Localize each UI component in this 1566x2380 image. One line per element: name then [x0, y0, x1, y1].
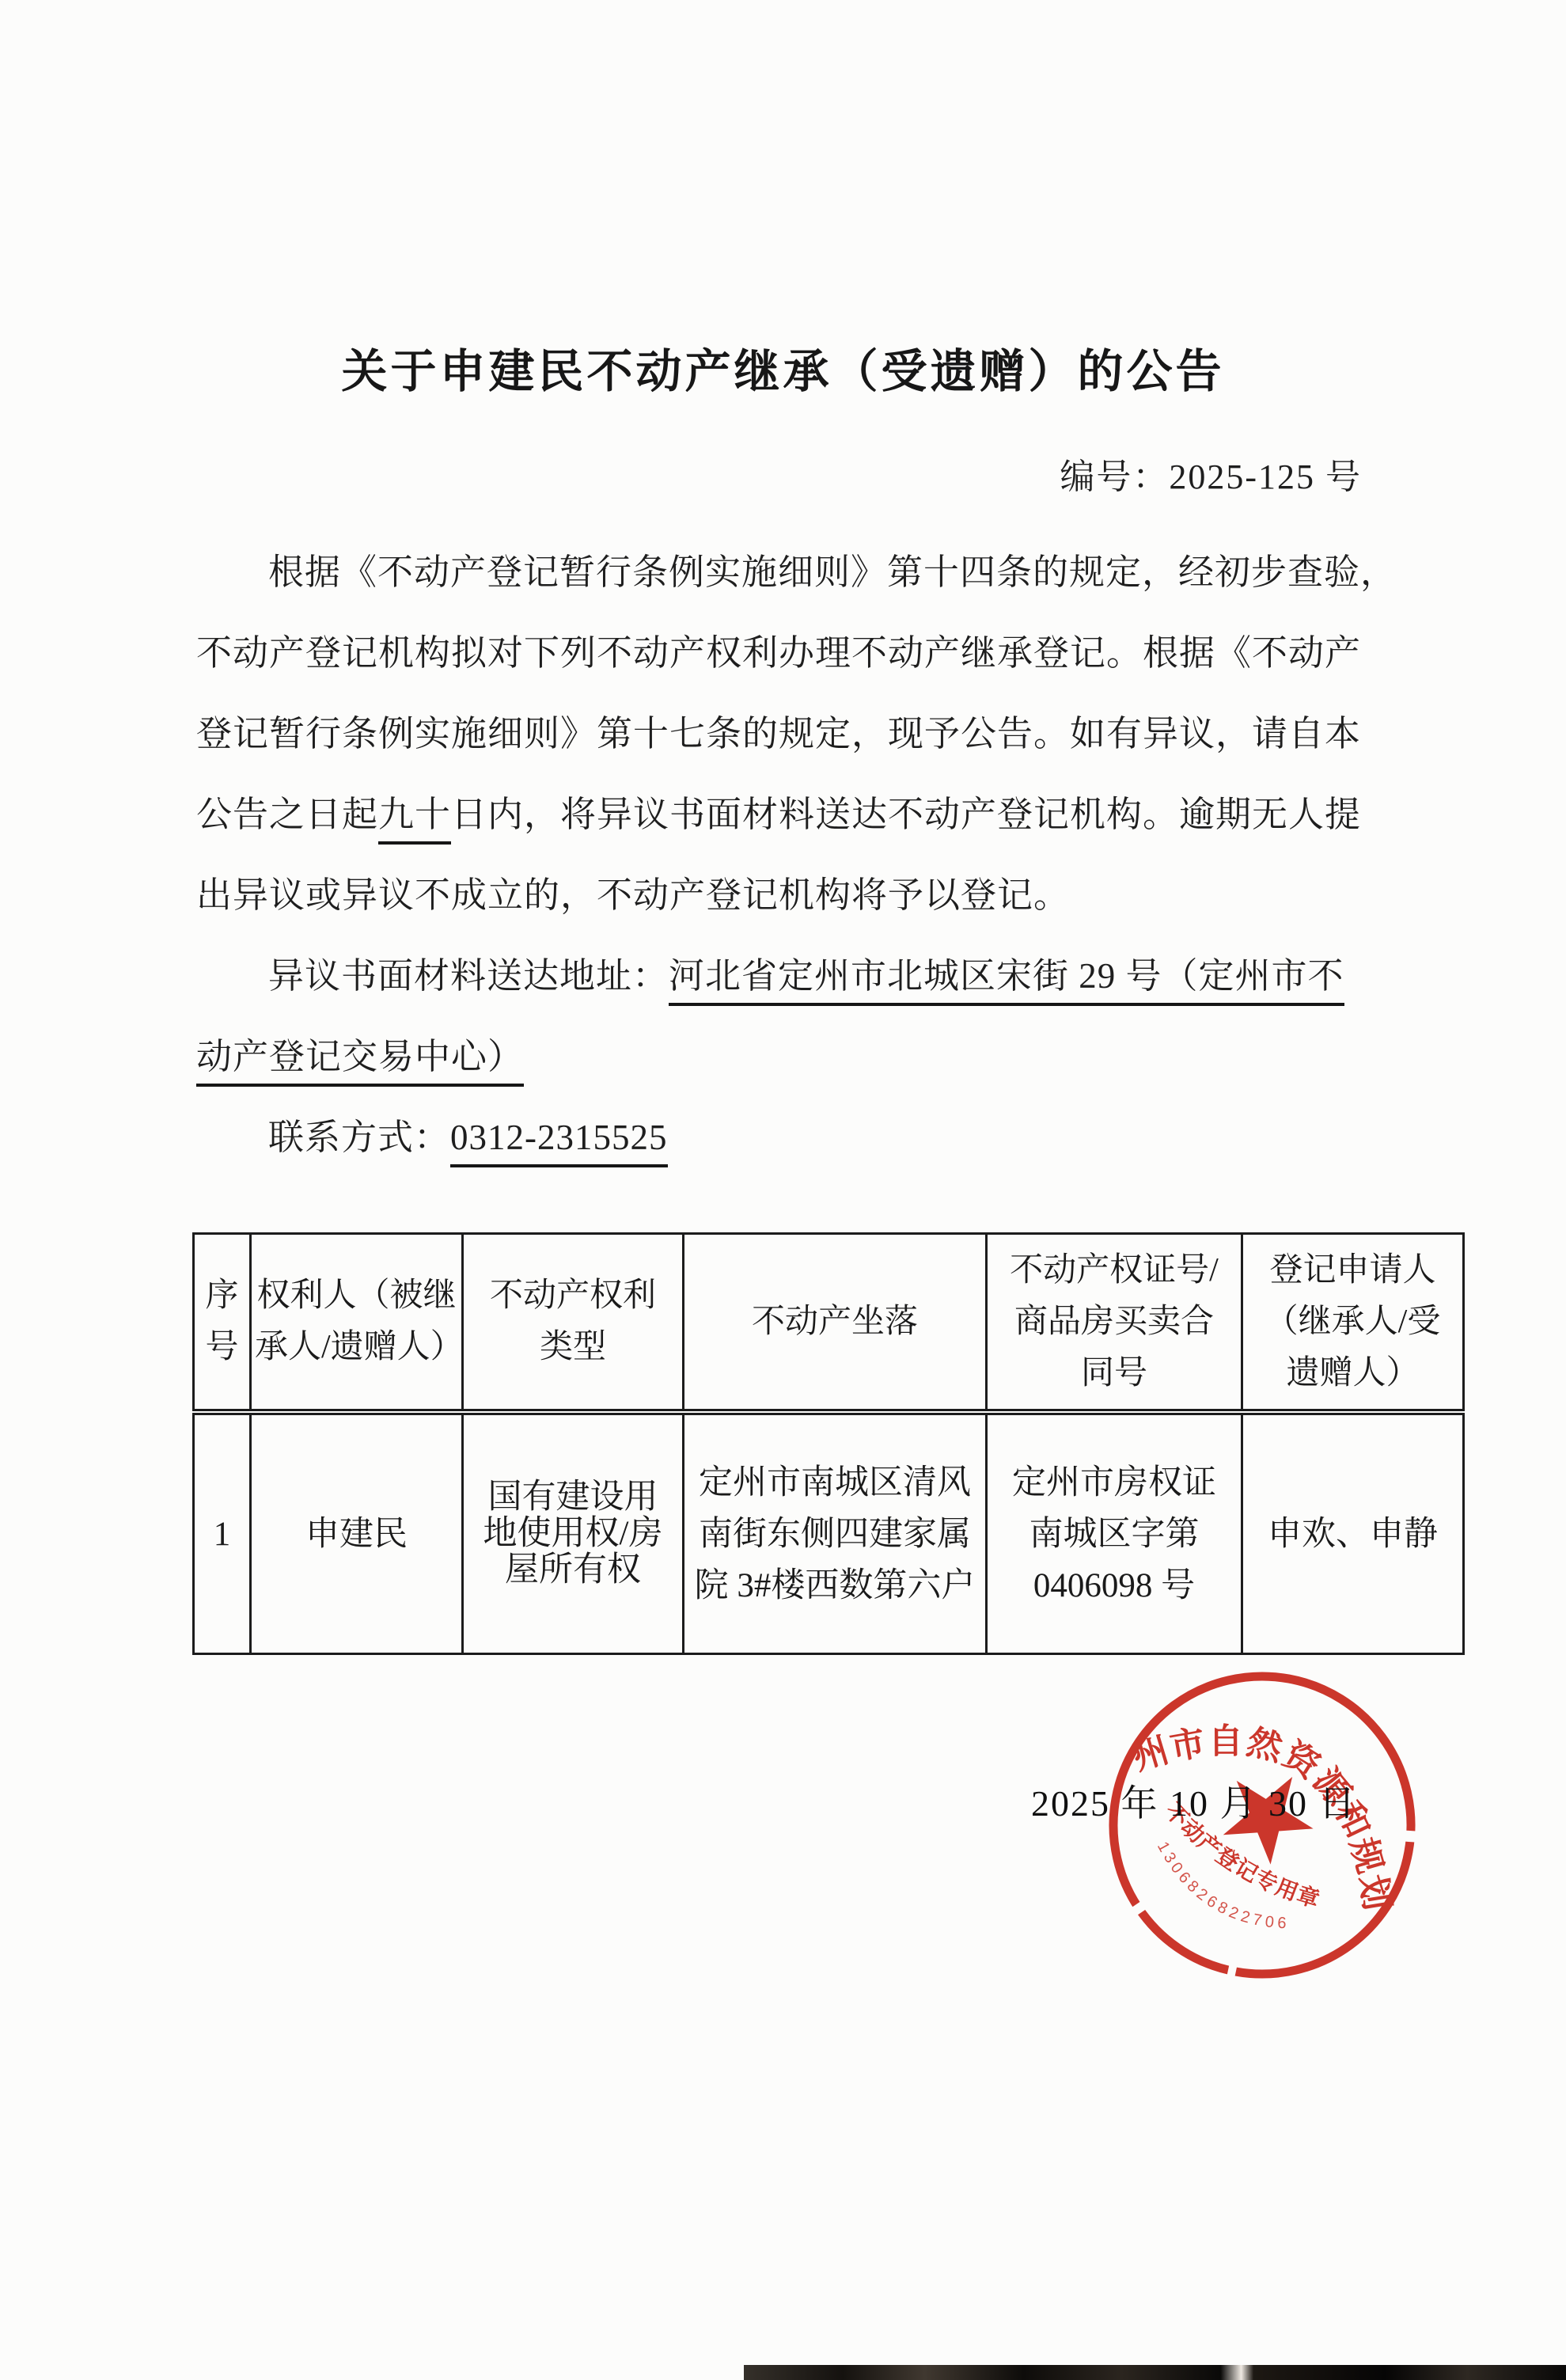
- doc-number: 编号：2025-125 号: [196, 448, 1393, 499]
- body-line-4: 公告之日起九十日内，将异议书面材料送达不动产登记机构。逾期无人提: [196, 774, 1431, 855]
- col-header-index: 序号: [194, 1234, 251, 1413]
- col-header-cert-no: 不动产权证号/商品房买卖合同号: [987, 1234, 1242, 1413]
- body-line-2: 不动产登记机构拟对下列不动产权利办理不动产继承登记。根据《不动产: [196, 613, 1431, 693]
- body-line-1: 根据《不动产登记暂行条例实施细则》第十四条的规定，经初步查验，: [196, 532, 1431, 613]
- underlined-address-cont: 动产登记交易中心）: [196, 1037, 524, 1087]
- issue-date: 2025 年 10 月 30 日: [1031, 1775, 1357, 1827]
- table-header-row: 序号 权利人（被继承人/遗赠人） 不动产权利类型 不动产坐落 不动产权证号/商品…: [194, 1234, 1464, 1413]
- body-text-segment: 根据《不动产登记暂行条例实施细则》第十四条的规定，经初步查验，: [268, 552, 1397, 592]
- col-header-holder: 权利人（被继承人/遗赠人）: [251, 1234, 463, 1413]
- cell-holder: 申建民: [251, 1412, 463, 1654]
- underlined-address: 河北省定州市北城区宋街 29 号（定州市不: [669, 956, 1344, 1006]
- body-line-6: 异议书面材料送达地址：河北省定州市北城区宋街 29 号（定州市不: [196, 936, 1431, 1016]
- body-text-segment: 出异议或异议不成立的，不动产登记机构将予以登记。: [196, 875, 1070, 915]
- body-line-5: 出异议或异议不成立的，不动产登记机构将予以登记。: [196, 855, 1431, 936]
- body-text-segment: 异议书面材料送达地址：: [268, 956, 669, 996]
- seal-ring-gap: [1402, 1830, 1417, 1842]
- body-text-segment: 登记暂行条例实施细则》第十七条的规定，现予公告。如有异议，请自本: [196, 714, 1361, 753]
- body-line-7: 动产登记交易中心）: [196, 1016, 1431, 1097]
- cell-applicant: 申欢、申静: [1242, 1412, 1464, 1654]
- body-text-segment: 日内，将异议书面材料送达不动产登记机构。逾期无人提: [451, 795, 1361, 834]
- col-header-right-type: 不动产权利类型: [463, 1234, 684, 1413]
- cell-right-type: 国有建设用地使用权/房屋所有权: [463, 1412, 684, 1654]
- body-text-segment: 不动产登记机构拟对下列不动产权利办理不动产继承登记。根据《不动产: [196, 633, 1361, 673]
- body-line-3: 登记暂行条例实施细则》第十七条的规定，现予公告。如有异议，请自本: [196, 693, 1431, 774]
- notice-title: 关于申建民不动产继承（受遗赠）的公告: [0, 334, 1566, 400]
- table-row: 1 申建民 国有建设用地使用权/房屋所有权 定州市南城区清风南街东侧四建家属院 …: [194, 1412, 1464, 1654]
- body-line-8: 联系方式：0312-2315525: [196, 1097, 1431, 1178]
- col-header-applicant: 登记申请人（继承人/受遗赠人）: [1242, 1234, 1464, 1413]
- document-page: 关于申建民不动产继承（受遗赠）的公告 编号：2025-125 号 根据《不动产登…: [0, 0, 1566, 2380]
- cell-location: 定州市南城区清风南街东侧四建家属院 3#楼西数第六户: [684, 1412, 987, 1654]
- cell-cert-no: 定州市房权证南城区字第 0406098 号: [987, 1412, 1242, 1654]
- notice-body: 根据《不动产登记暂行条例实施细则》第十四条的规定，经初步查验， 不动产登记机构拟…: [196, 532, 1431, 1178]
- scan-artifact-strip: [744, 2365, 1566, 2380]
- underlined-ninety-days: 九十: [378, 795, 451, 845]
- body-text-segment: 联系方式：: [268, 1118, 450, 1157]
- cell-index: 1: [194, 1412, 251, 1654]
- col-header-location: 不动产坐落: [684, 1234, 987, 1413]
- property-table: 序号 权利人（被继承人/遗赠人） 不动产权利类型 不动产坐落 不动产权证号/商品…: [192, 1232, 1465, 1655]
- underlined-phone: 0312-2315525: [450, 1118, 668, 1167]
- body-text-segment: 公告之日起: [196, 795, 378, 834]
